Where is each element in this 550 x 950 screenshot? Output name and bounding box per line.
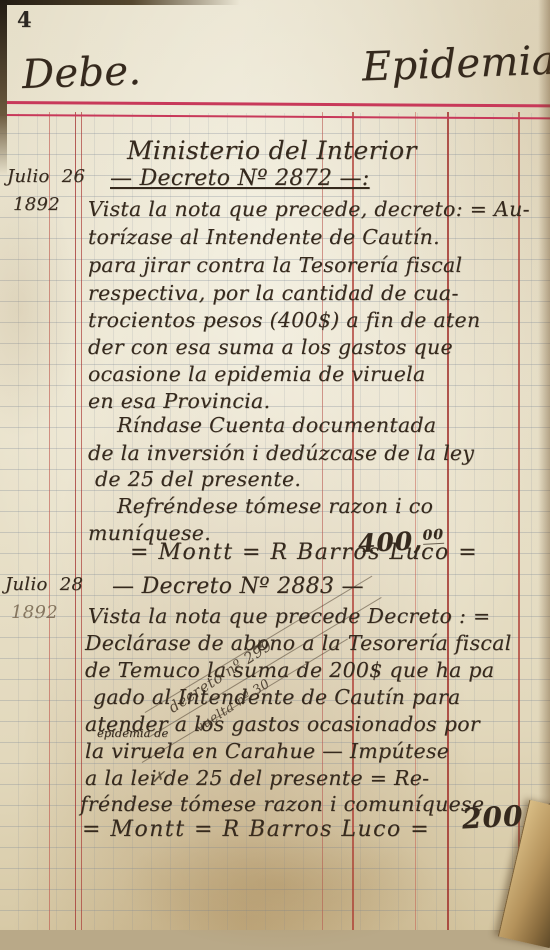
entry-2-date: Julio 28: [5, 574, 83, 595]
body-line: gado al Intendente de Cautín para: [93, 685, 461, 709]
body-line: de Temuco la suma de 200$ que ha pa: [85, 658, 494, 682]
strike-mark: ✗: [152, 768, 165, 786]
body-line: der con esa suma a los gastos que: [88, 335, 453, 359]
body-line: de 25 del presente.: [95, 467, 301, 491]
body-line: la viruela en Carahue — Impútese: [85, 739, 449, 763]
ledger-page: 4 Debe. Epidemia de Ministerio del Inter…: [0, 0, 550, 930]
entry-1-year: 1892: [13, 194, 60, 215]
body-line: de la inversión i dedúzcase de la ley: [88, 441, 474, 465]
ministry-heading: Ministerio del Interior: [127, 136, 417, 165]
entry-1-month: Julio: [7, 166, 50, 187]
entry-1-amount-pesos: 400,: [357, 526, 423, 558]
body-line: a la lei de 25 del presente = Re-: [85, 766, 429, 790]
page-edge-right: [538, 0, 550, 930]
entry-2-decree-heading: — Decreto Nº 2883 —: [112, 574, 364, 599]
entry-1-day: 26: [62, 166, 86, 187]
body-line: fréndese tómese razon i comuníquese: [80, 792, 484, 816]
body-line: respectiva, por la cantidad de cua-: [88, 281, 459, 305]
page-edge-left: [0, 0, 7, 175]
body-line: en esa Provincia.: [88, 389, 270, 413]
entry-2-signature: = Montt = R Barros Luco =: [82, 817, 430, 842]
entry-2-day: 28: [60, 574, 84, 595]
body-line: Declárase de abono a la Tesorería fiscal: [85, 631, 512, 655]
entry-1-amount-cents: 00: [422, 526, 444, 544]
strike-mark: ✗: [252, 636, 265, 654]
body-line: Ríndase Cuenta documentada: [117, 413, 436, 437]
debit-title: Debe.: [21, 48, 142, 98]
body-line: torízase al Intendente de Cautín.: [88, 225, 440, 249]
body-line: Refréndese tómese razon i co: [117, 494, 433, 518]
page-edge-top: [0, 0, 240, 5]
body-line: trocientos pesos (400$) a fin de aten: [88, 308, 480, 332]
entry-2-year: 1892: [11, 602, 58, 623]
body-line: Vista la nota que precede, decreto: = Au…: [88, 197, 530, 221]
page-title: Epidemia de: [361, 36, 550, 91]
column-rule-margin: [49, 112, 50, 930]
body-line: ocasione la epidemia de viruela: [88, 362, 426, 386]
body-line: para jirar contra la Tesorería fiscal: [88, 253, 462, 277]
entry-1-amount: 400,00: [357, 525, 445, 558]
entry-1-decree-heading: — Decreto Nº 2872 —:: [110, 166, 370, 191]
page-number: 4: [17, 7, 33, 32]
entry-2-month: Julio: [5, 574, 48, 595]
entry-1-date: Julio 26: [7, 166, 85, 187]
interline-annotation: epidemia de: [97, 726, 168, 740]
